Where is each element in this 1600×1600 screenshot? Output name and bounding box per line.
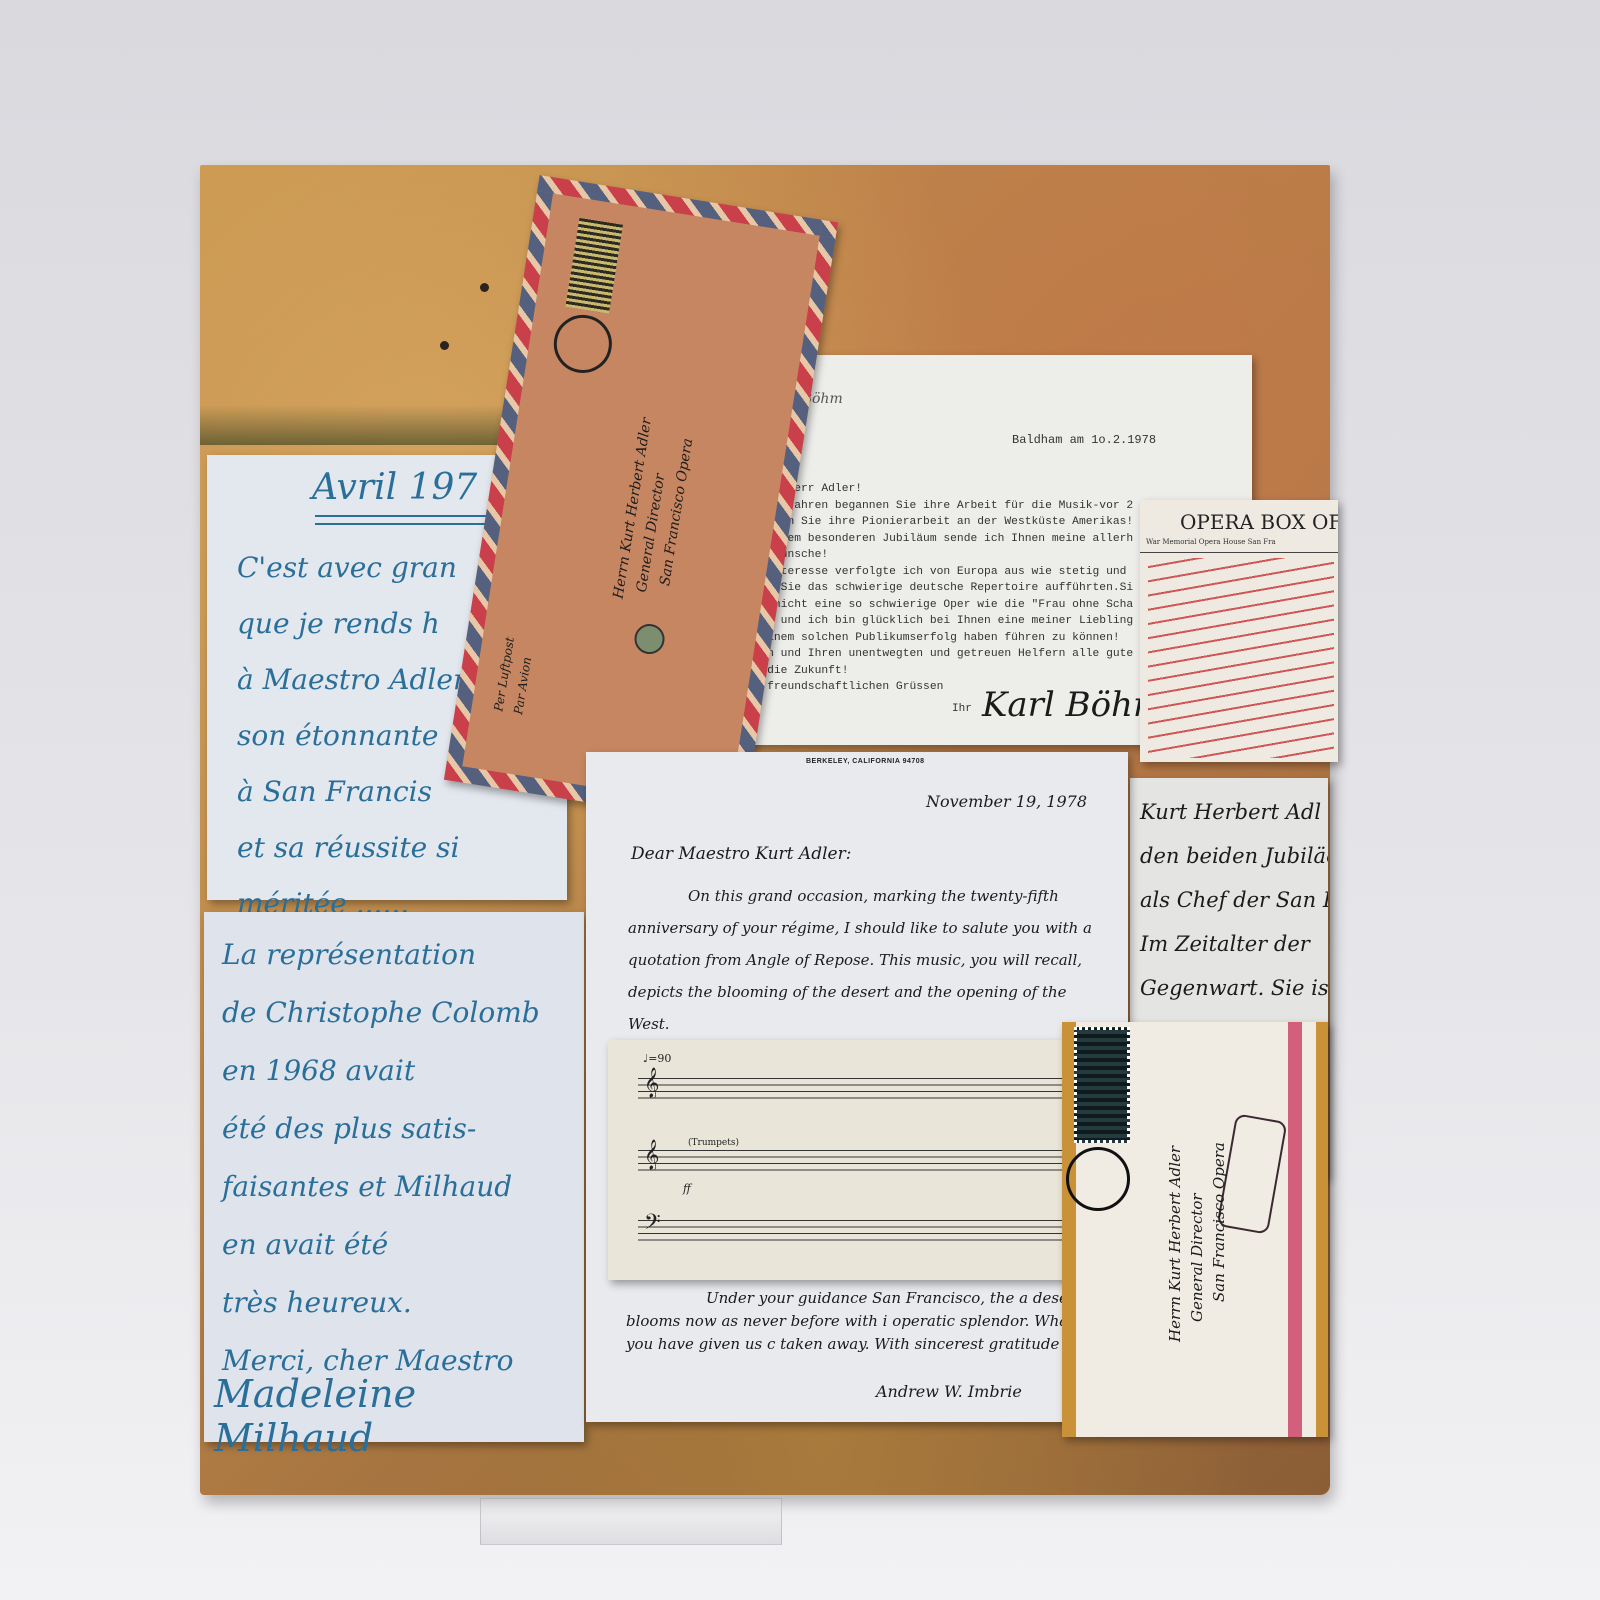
tempo-marking: ♩=90	[643, 1052, 671, 1065]
letter-french-2: La représentationde Christophe Colomben …	[204, 912, 584, 1442]
red-handwriting	[1148, 558, 1334, 758]
dynamic-marking: ff	[683, 1182, 691, 1195]
signature: Karl Böhm	[982, 685, 1165, 725]
pink-stripe	[1288, 1022, 1302, 1437]
salutation: Dear Maestro Kurt Adler:	[631, 844, 851, 864]
envelope-button-icon	[632, 622, 666, 656]
staff	[638, 1220, 1068, 1246]
letterhead: BERKELEY, CALIFORNIA 94708	[806, 758, 925, 765]
return-line: Par Avion	[511, 656, 534, 715]
envelope-2: Herrn Kurt Herbert Adler General Directo…	[1062, 1022, 1328, 1437]
dot-mark	[480, 283, 489, 292]
letter-body-continued: Under your guidance San Francisco, the a…	[626, 1287, 1096, 1356]
acrylic-stand	[480, 1498, 782, 1545]
staff	[638, 1150, 1068, 1176]
dot-mark	[440, 341, 449, 350]
postmark-icon	[550, 311, 616, 377]
stamp-icon	[565, 218, 623, 314]
staff	[638, 1078, 1068, 1104]
letter-date: November 19, 1978	[926, 792, 1087, 811]
letterhead-title: OPERA BOX OFF	[1180, 510, 1338, 534]
postmark-icon	[1066, 1147, 1130, 1211]
signature: Andrew W. Imbrie	[876, 1382, 1022, 1401]
letter-opera-box-office: OPERA BOX OFF War Memorial Opera House S…	[1140, 500, 1338, 762]
address-line: General Director	[1188, 1193, 1206, 1322]
instrument-label: (Trumpets)	[688, 1138, 739, 1148]
place-date: Baldham am 1o.2.1978	[1012, 433, 1156, 447]
letter-body: La représentationde Christophe Colomben …	[222, 926, 540, 1390]
address-line: Herrn Kurt Herbert Adler	[1166, 1146, 1184, 1342]
letter-body: On this grand occasion, marking the twen…	[628, 880, 1098, 1040]
closing: Ihr	[952, 703, 972, 715]
signature: Madeleine Milhaud	[214, 1372, 584, 1460]
treble-clef-icon: 𝄞	[644, 1068, 659, 1099]
letter-date: Avril 197	[312, 467, 477, 508]
letterhead-subtitle: War Memorial Opera House San Fra	[1146, 538, 1276, 546]
letter-body: Lieber Herr Adler!Vor 5o Jahren begannen…	[740, 481, 1133, 696]
treble-clef-icon: 𝄞	[644, 1140, 659, 1171]
divider	[1140, 552, 1338, 553]
bass-clef-icon: 𝄢	[644, 1210, 661, 1241]
address-line: San Francisco Opera	[657, 437, 696, 587]
music-score: ♩=90 𝄞 (Trumpets) 𝄞 ff 𝄢	[608, 1040, 1068, 1280]
address-line: San Francisco Opera	[1210, 1142, 1228, 1302]
letter-body: C'est avec granque je rends hà Maestro A…	[237, 540, 466, 932]
stamp-icon	[1074, 1027, 1130, 1143]
